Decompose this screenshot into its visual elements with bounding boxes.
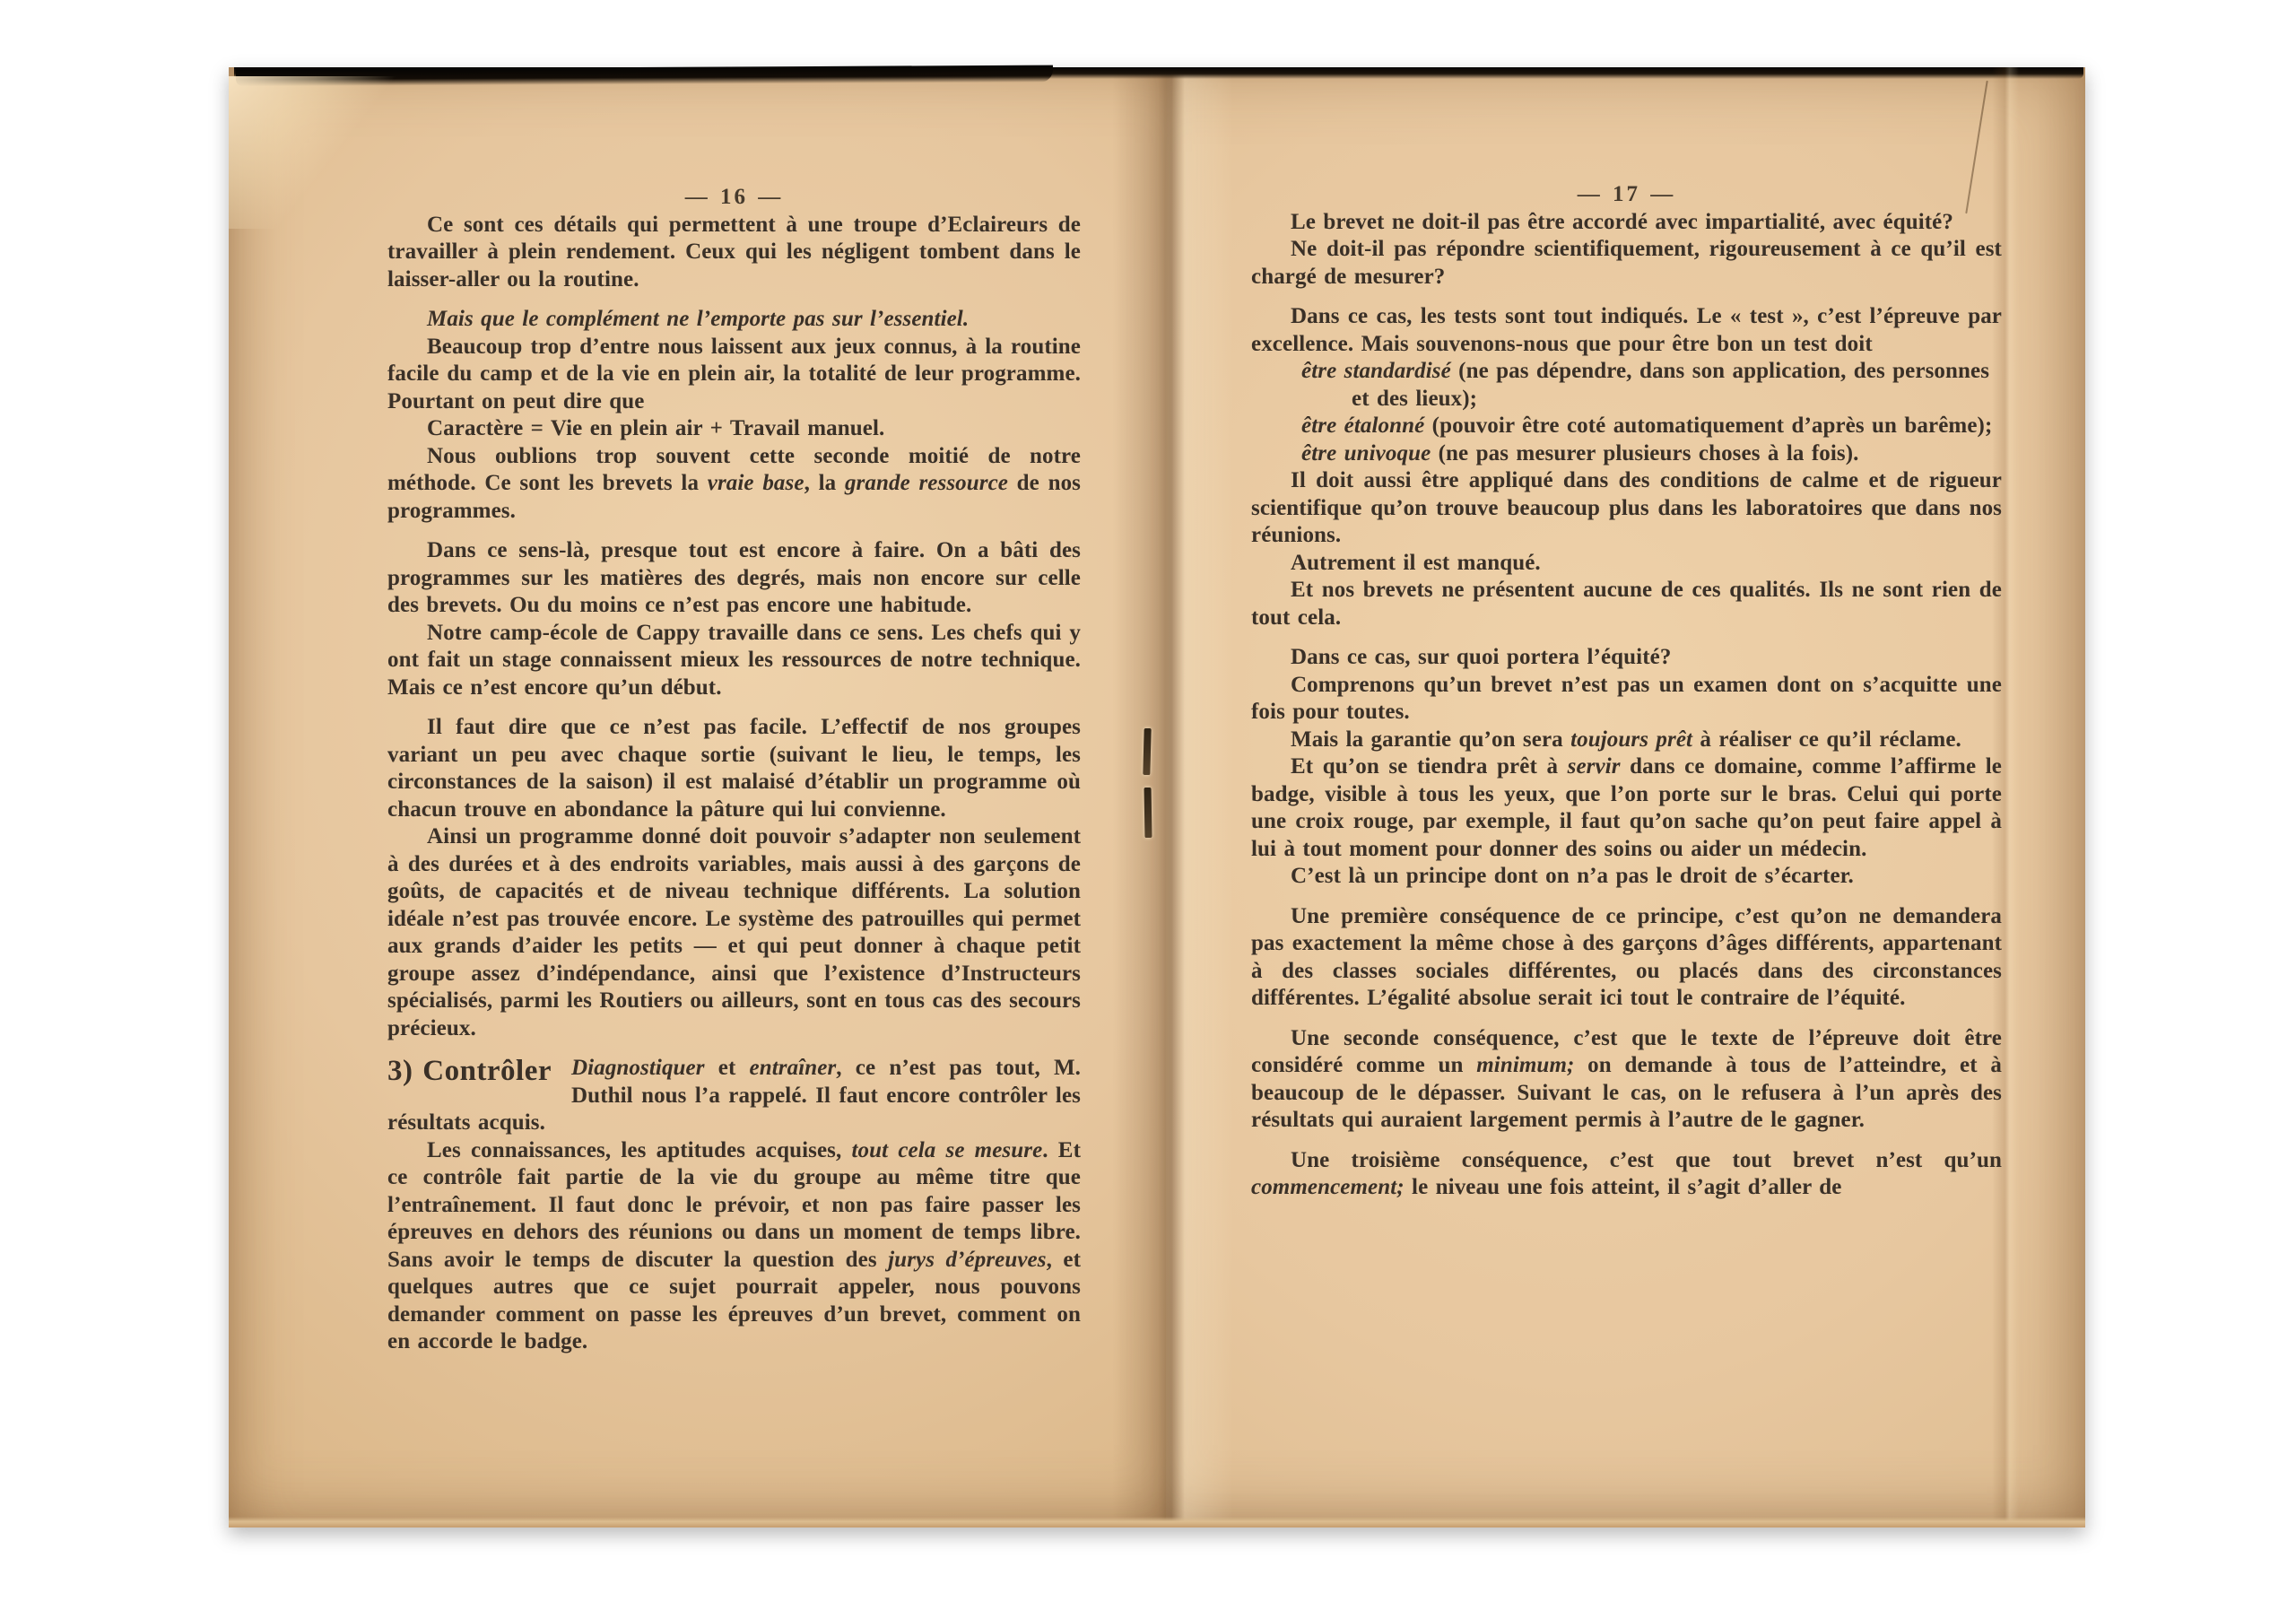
page-number: — 17 — [1251, 181, 2002, 209]
body-text: Comprenons qu’un brevet n’est pas un exa… [1251, 673, 2002, 725]
body-text: Mais la garantie qu’on sera [1291, 727, 1570, 752]
emphasized-text: servir [1568, 754, 1621, 779]
body-text: Caractère = Vie en plein air + Travail m… [427, 416, 884, 440]
right-page-text-column: — 17 — Le brevet ne doit-il pas être acc… [1251, 181, 2002, 1202]
body-text: (pouvoir être coté automatiquement d’apr… [1424, 413, 1992, 438]
paragraph: Dans ce cas, sur quoi portera l’équité? [1251, 644, 2002, 672]
body-text: Beaucoup trop d’entre nous laissent aux … [387, 335, 1081, 413]
left-page-text-column: — 16 — Ce sont ces détails qui permetten… [387, 184, 1081, 1356]
paragraph: Une seconde conséquence, c’est que le te… [1251, 1025, 2002, 1135]
spine-staple [1144, 788, 1152, 838]
body-text: Et nos brevets ne présentent aucune de c… [1251, 578, 2002, 630]
body-text: Le brevet ne doit-il pas être accordé av… [1291, 210, 1953, 234]
body-text: , la [804, 471, 845, 495]
body-text: et [705, 1056, 750, 1080]
body-text: Une troisième conséquence, c’est que tou… [1291, 1148, 2002, 1172]
paragraph: Ne doit-il pas répondre scientifiquement… [1251, 236, 2002, 291]
body-text: Les connaissances, les aptitudes acquise… [427, 1138, 851, 1162]
emphasized-text: grande ressource [845, 471, 1008, 495]
emphasized-text: Diagnostiquer [571, 1056, 705, 1080]
paragraph: Une première conséquence de ce principe,… [1251, 903, 2002, 1013]
paragraph: Et nos brevets ne présentent aucune de c… [1251, 577, 2002, 631]
emphasized-text: commencement; [1251, 1175, 1405, 1199]
paragraph: Notre camp-école de Cappy travaille dans… [387, 620, 1081, 702]
body-text: Ne doit-il pas répondre scientifiquement… [1251, 237, 2002, 289]
paragraph: Dans ce sens-là, presque tout est encore… [387, 537, 1081, 620]
paragraph: Ce sont ces détails qui permettent à une… [387, 212, 1081, 294]
paragraph: Le brevet ne doit-il pas être accordé av… [1251, 209, 2002, 237]
paragraph: Mais la garantie qu’on sera toujours prê… [1251, 727, 2002, 754]
emphasized-text: toujours prêt [1570, 727, 1692, 752]
body-text: Dans ce sens-là, presque tout est encore… [387, 538, 1081, 617]
emphasized-text: être standardisé [1301, 359, 1451, 383]
list-item: être étalonné (pouvoir être coté automat… [1251, 413, 2002, 440]
paragraph: Il faut dire que ce n’est pas facile. L’… [387, 714, 1081, 823]
body-text: Il faut dire que ce n’est pas facile. L’… [387, 715, 1081, 822]
paragraph: Il doit aussi être appliqué dans des con… [1251, 467, 2002, 550]
paragraph: Nous oublions trop souvent cette seconde… [387, 443, 1081, 526]
body-text: Autrement il est manqué. [1291, 551, 1541, 575]
body-text: Ce sont ces détails qui permettent à une… [387, 213, 1081, 292]
paragraph: Beaucoup trop d’entre nous laissent aux … [387, 334, 1081, 416]
body-text: (ne pas mesurer plusieurs choses à la fo… [1431, 441, 1858, 466]
body-text: C’est là un principe dont on n’a pas le … [1291, 864, 1854, 888]
page-corner-curl [229, 76, 399, 229]
body-text: le niveau une fois atteint, il s’agit d’… [1405, 1175, 1842, 1199]
paragraph: Les connaissances, les aptitudes acquise… [387, 1137, 1081, 1356]
body-text: Il doit aussi être appliqué dans des con… [1251, 468, 2002, 547]
emphasized-text: être univoque [1301, 441, 1431, 466]
emphasized-text: vraie base [708, 471, 804, 495]
paragraph: Dans ce cas, les tests sont tout indiqué… [1251, 303, 2002, 358]
emphasized-text: Mais que le complément ne l’emporte pas … [427, 307, 969, 331]
page-number: — 16 — [387, 184, 1081, 212]
body-text: Une première conséquence de ce principe,… [1251, 904, 2002, 1011]
paragraph: Une troisième conséquence, c’est que tou… [1251, 1147, 2002, 1202]
body-text: Notre camp-école de Cappy travaille dans… [387, 621, 1081, 700]
list-item: être univoque (ne pas mesurer plusieurs … [1251, 440, 2002, 468]
book-scan-page: — 16 — Ce sont ces détails qui permetten… [0, 0, 2296, 1610]
paragraph: Mais que le complément ne l’emporte pas … [387, 306, 1081, 334]
emphasized-text: tout cela se mesure [851, 1138, 1042, 1162]
spine-staple [1143, 728, 1151, 775]
body-text: Ainsi un programme donné doit pouvoir s’… [387, 824, 1081, 1040]
body-text: Dans ce cas, les tests sont tout indiqué… [1251, 304, 2002, 356]
body-text: à réaliser ce qu’il réclame. [1692, 727, 1961, 752]
book-spine-crease [1112, 67, 1233, 1527]
open-book-spread: — 16 — Ce sont ces détails qui permetten… [229, 67, 2085, 1527]
paragraph: Et qu’on se tiendra prêt à servir dans c… [1251, 753, 2002, 863]
section-heading: 3) Contrôler [387, 1055, 552, 1086]
emphasized-text: être étalonné [1301, 413, 1424, 438]
paragraph: Comprenons qu’un brevet n’est pas un exa… [1251, 672, 2002, 727]
paragraph: Ainsi un programme donné doit pouvoir s’… [387, 823, 1081, 1042]
paragraph: Autrement il est manqué. [1251, 550, 2002, 578]
paragraph: C’est là un principe dont on n’a pas le … [1251, 863, 2002, 891]
emphasized-text: jurys d’épreuves [888, 1248, 1046, 1272]
section-paragraph: 3) ContrôlerDiagnostiquer et entraîner, … [387, 1055, 1081, 1137]
emphasized-text: entraîner [750, 1056, 837, 1080]
list-item: être standardisé (ne pas dépendre, dans … [1251, 358, 2002, 413]
page-bottom-edges [229, 1517, 2085, 1527]
emphasized-text: minimum; [1476, 1053, 1574, 1077]
body-text: Et qu’on se tiendra prêt à [1291, 754, 1568, 779]
body-text: Dans ce cas, sur quoi portera l’équité? [1291, 645, 1671, 669]
paragraph: Caractère = Vie en plein air + Travail m… [387, 415, 1081, 443]
